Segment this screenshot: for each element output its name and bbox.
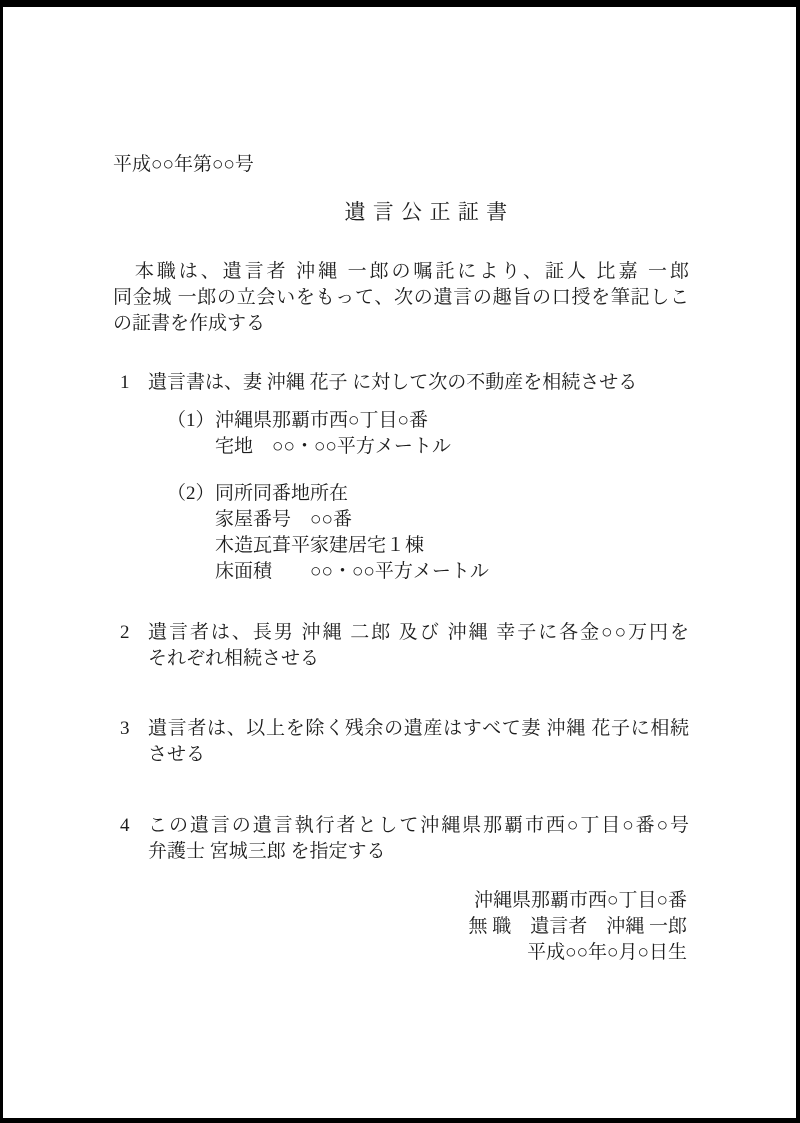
subitem-1-line: 宅地 ○○・○○平方メートル: [215, 434, 451, 460]
testator-birthdate: 平成○○年○月○日生: [468, 940, 687, 966]
clause-2-text: 遺言者は、長男 沖縄 二郎 及び 沖縄 幸子に各金○○万円を それぞれ相続させる: [148, 620, 689, 672]
clause-4-number: 4: [120, 813, 150, 839]
subitem-2-line: 木造瓦葺平家建居宅１棟: [215, 533, 424, 559]
clause-2-number: 2: [120, 620, 150, 646]
clause-4-line: この遺言の遺言執行者として沖縄県那覇市西○丁目○番○号: [148, 813, 689, 839]
preamble-line: 同金城 一郎の立会いをもって、次の遺言の趣旨の口授を筆記しこ: [113, 285, 689, 311]
clause-1-text: 遺言書は、妻 沖縄 花子 に対して次の不動産を相続させる: [148, 370, 689, 396]
subitem-2-line: 同所同番地所在: [215, 481, 348, 507]
clause-2-line: 遺言者は、長男 沖縄 二郎 及び 沖縄 幸子に各金○○万円を: [148, 620, 689, 646]
testator-address: 沖縄県那覇市西○丁目○番: [468, 888, 687, 914]
clause-1-number: 1: [120, 370, 150, 396]
clause-2-line: それぞれ相続させる: [148, 646, 689, 672]
document-title: 遺言公正証書: [33, 199, 800, 225]
subitem-2-line: 床面積 ○○・○○平方メートル: [215, 559, 489, 585]
testator-name: 無 職 遺言者 沖縄 一郎: [468, 914, 687, 940]
preamble-line: 本職は、遺言者 沖縄 一郎の嘱託により、証人 比嘉 一郎: [113, 259, 689, 285]
subitem-1-line: 沖縄県那覇市西○丁目○番: [215, 408, 428, 434]
clause-3-number: 3: [120, 716, 150, 742]
preamble-paragraph: 本職は、遺言者 沖縄 一郎の嘱託により、証人 比嘉 一郎 同金城 一郎の立会いを…: [113, 259, 689, 337]
subitem-2-line: 家屋番号 ○○番: [215, 507, 352, 533]
subitem-2-label: （2）: [167, 481, 215, 507]
will-document-page: 平成○○年第○○号 遺言公正証書 本職は、遺言者 沖縄 一郎の嘱託により、証人 …: [0, 0, 800, 1123]
subitem-1-label: （1）: [167, 408, 215, 434]
clause-3-line: 遺言者は、以上を除く残余の遺産はすべて妻 沖縄 花子に相続: [148, 716, 689, 742]
preamble-line: の証書を作成する: [113, 311, 689, 337]
testator-signature-block: 沖縄県那覇市西○丁目○番 無 職 遺言者 沖縄 一郎 平成○○年○月○日生: [468, 888, 687, 966]
case-number: 平成○○年第○○号: [113, 152, 254, 178]
clause-3-text: 遺言者は、以上を除く残余の遺産はすべて妻 沖縄 花子に相続 させる: [148, 716, 689, 768]
clause-3-line: させる: [148, 742, 689, 768]
clause-4-line: 弁護士 宮城三郎 を指定する: [148, 839, 689, 865]
clause-4-text: この遺言の遺言執行者として沖縄県那覇市西○丁目○番○号 弁護士 宮城三郎 を指定…: [148, 813, 689, 865]
